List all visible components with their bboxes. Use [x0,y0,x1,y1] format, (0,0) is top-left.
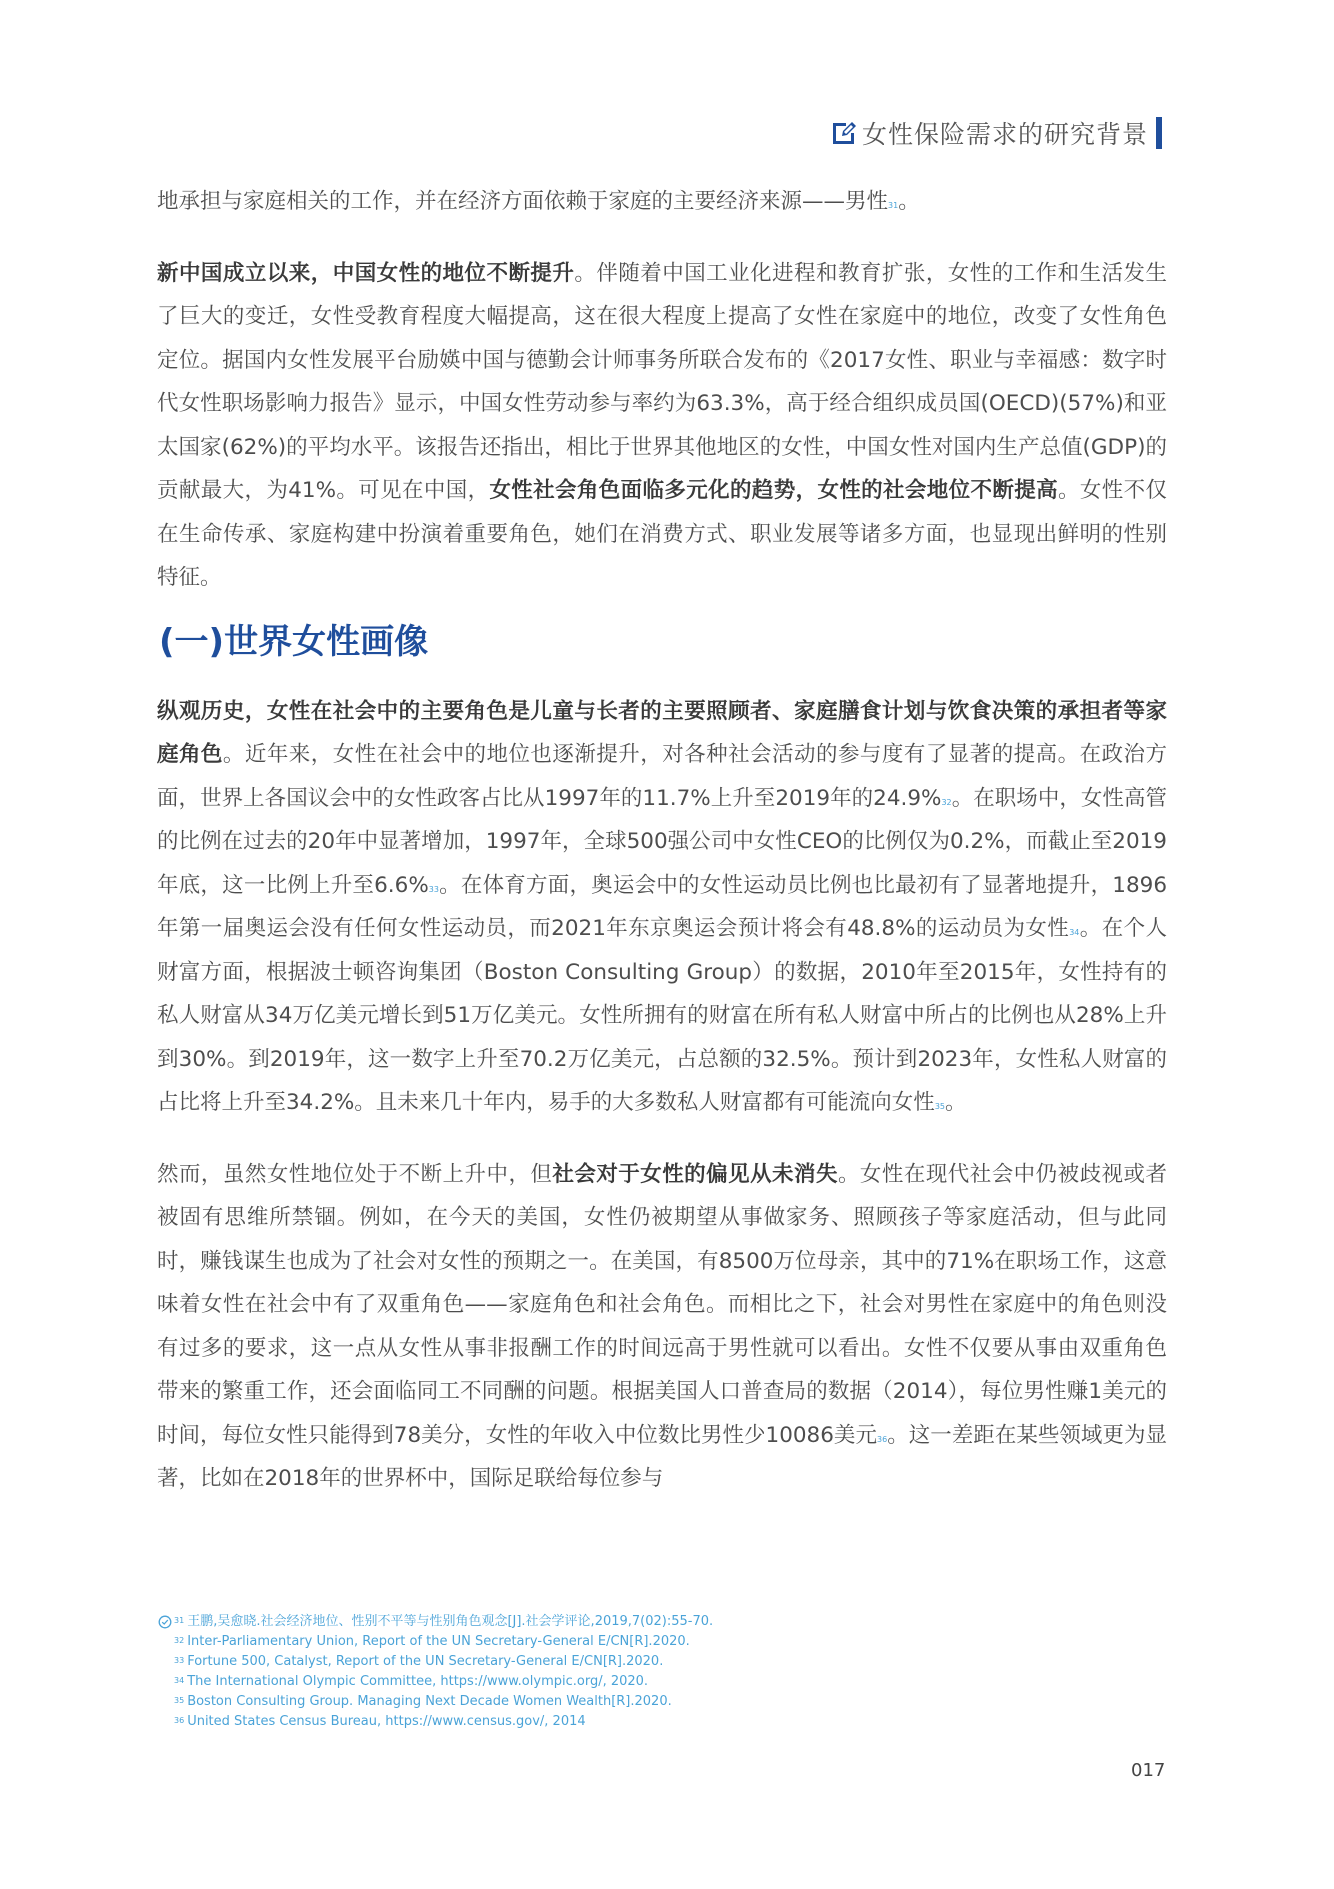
check-circle-icon [158,1615,172,1629]
footnote-text: 王鹏,吴愈晓.社会经济地位、性别不平等与性别角色观念[J].社会学评论,2019… [187,1612,713,1632]
footnote-35: 35 Boston Consulting Group. Managing Nex… [158,1692,858,1712]
footnote-number: 31 [174,1611,184,1631]
running-header: 女性保险需求的研究背景 [830,113,1162,153]
footnote-text[interactable]: The International Olympic Committee, htt… [187,1672,648,1692]
header-accent-bar [1156,117,1162,149]
footnote-ref[interactable]: 31 [888,201,898,210]
section-heading: (一)世界女性画像 [159,614,1167,670]
bold-highlight: 社会对于女性的偏见从未消失 [552,1162,838,1187]
footnote-ref[interactable]: 34 [1069,928,1079,937]
page-body: 地承担与家庭相关的工作，并在经济方面依赖于家庭的主要经济来源——男性31。 新中… [157,180,1167,1501]
footnote-ref[interactable]: 35 [935,1102,945,1111]
footnote-number: 32 [174,1631,184,1651]
paragraph-text: 。女性在现代社会中仍被歧视或者被固有思维所禁锢。例如，在今天的美国，女性仍被期望… [157,1162,1167,1448]
footnote-34: 34 The International Olympic Committee, … [158,1672,858,1692]
footnote-text: Inter-Parliamentary Union, Report of the… [187,1632,690,1652]
footnote-33: 33 Fortune 500, Catalyst, Report of the … [158,1652,858,1672]
footnote-31: 31 王鹏,吴愈晓.社会经济地位、性别不平等与性别角色观念[J].社会学评论,2… [158,1612,858,1632]
edit-icon [830,119,858,147]
footnote-number: 34 [174,1671,184,1691]
footnote-32: 32 Inter-Parliamentary Union, Report of … [158,1632,858,1652]
bold-lead: 新中国成立以来，中国女性的地位不断提升 [157,261,574,286]
footnote-text: Boston Consulting Group. Managing Next D… [187,1692,672,1712]
footnote-number: 35 [174,1691,184,1711]
footnote-number: 33 [174,1651,184,1671]
paragraph-china-women-status: 新中国成立以来，中国女性的地位不断提升。伴随着中国工业化进程和教育扩张，女性的工… [157,252,1167,600]
paragraph-text: 地承担与家庭相关的工作，并在经济方面依赖于家庭的主要经济来源——男性 [157,189,888,214]
paragraph-text: 。 [945,1090,967,1115]
header-title: 女性保险需求的研究背景 [862,115,1148,151]
footnote-ref[interactable]: 36 [877,1435,887,1444]
footnote-text[interactable]: United States Census Bureau, https://www… [187,1712,585,1732]
footnotes: 31 王鹏,吴愈晓.社会经济地位、性别不平等与性别角色观念[J].社会学评论,2… [158,1612,858,1732]
paragraph-text: 。伴随着中国工业化进程和教育扩张，女性的工作和生活发生了巨大的变迁，女性受教育程… [157,261,1167,504]
paragraph-text: 。 [898,189,920,214]
bold-highlight: 女性社会角色面临多元化的趋势，女性的社会地位不断提高 [489,478,1058,503]
footnote-number: 36 [174,1711,184,1731]
footnote-ref[interactable]: 33 [429,885,439,894]
paragraph-text: 。在个人财富方面，根据波士顿咨询集团（Boston Consulting Gro… [157,916,1167,1115]
paragraph-text: 然而，虽然女性地位处于不断上升中，但 [157,1162,552,1187]
paragraph-bias: 然而，虽然女性地位处于不断上升中，但社会对于女性的偏见从未消失。女性在现代社会中… [157,1153,1167,1501]
footnote-ref[interactable]: 32 [941,798,951,807]
page-number: 017 [1131,1760,1165,1781]
paragraph-continuation: 地承担与家庭相关的工作，并在经济方面依赖于家庭的主要经济来源——男性31。 [157,180,1167,224]
paragraph-world-women: 纵观历史，女性在社会中的主要角色是儿童与长者的主要照顾者、家庭膳食计划与饮食决策… [157,690,1167,1125]
footnote-36: 36 United States Census Bureau, https://… [158,1712,858,1732]
footnote-text: Fortune 500, Catalyst, Report of the UN … [187,1652,663,1672]
